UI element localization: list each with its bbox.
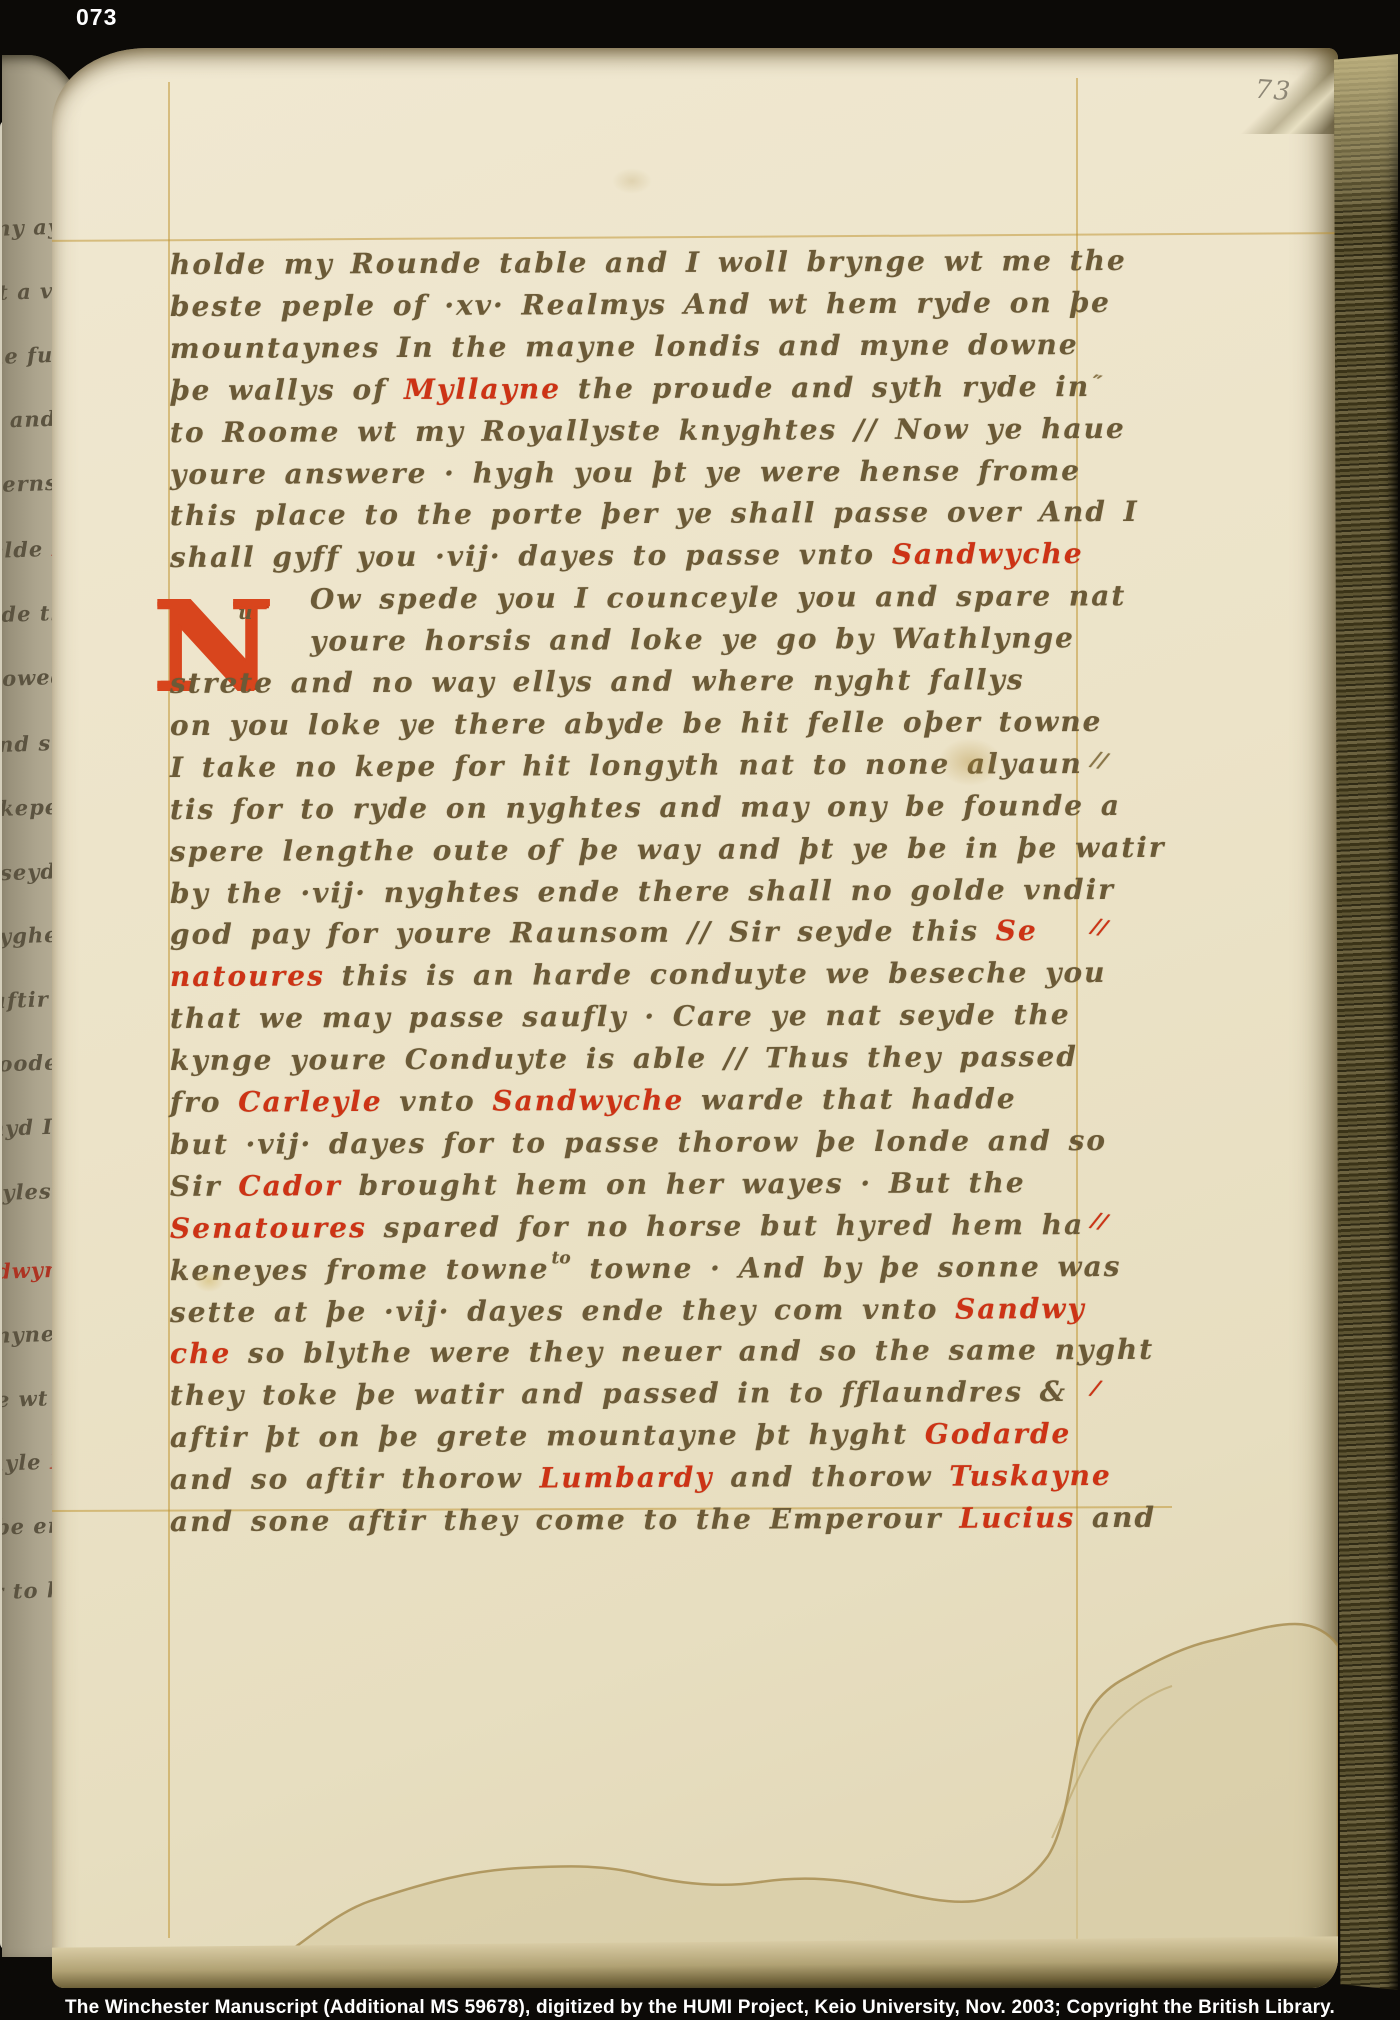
ink-text: ey felde: [2, 536, 52, 565]
book-fore-edge: [1334, 54, 1398, 1990]
ink-stain-spot: [938, 738, 1002, 786]
fore-edge-highlight: [1334, 54, 1398, 224]
water-stain: [52, 48, 1338, 1988]
ink-stain-spot: [612, 168, 652, 194]
manuscript-page: 73 N u holde my Rounde table and I woll …: [52, 48, 1338, 1988]
ink-text: le whyle: [2, 1449, 50, 1478]
viewer-background: { "viewer": { "top_left_label": "073", "…: [0, 0, 1400, 2020]
caption: The Winchester Manuscript (Additional MS…: [0, 1997, 1400, 2019]
image-number-label: 073: [76, 4, 117, 31]
ink-stain-spot: [194, 1270, 224, 1292]
